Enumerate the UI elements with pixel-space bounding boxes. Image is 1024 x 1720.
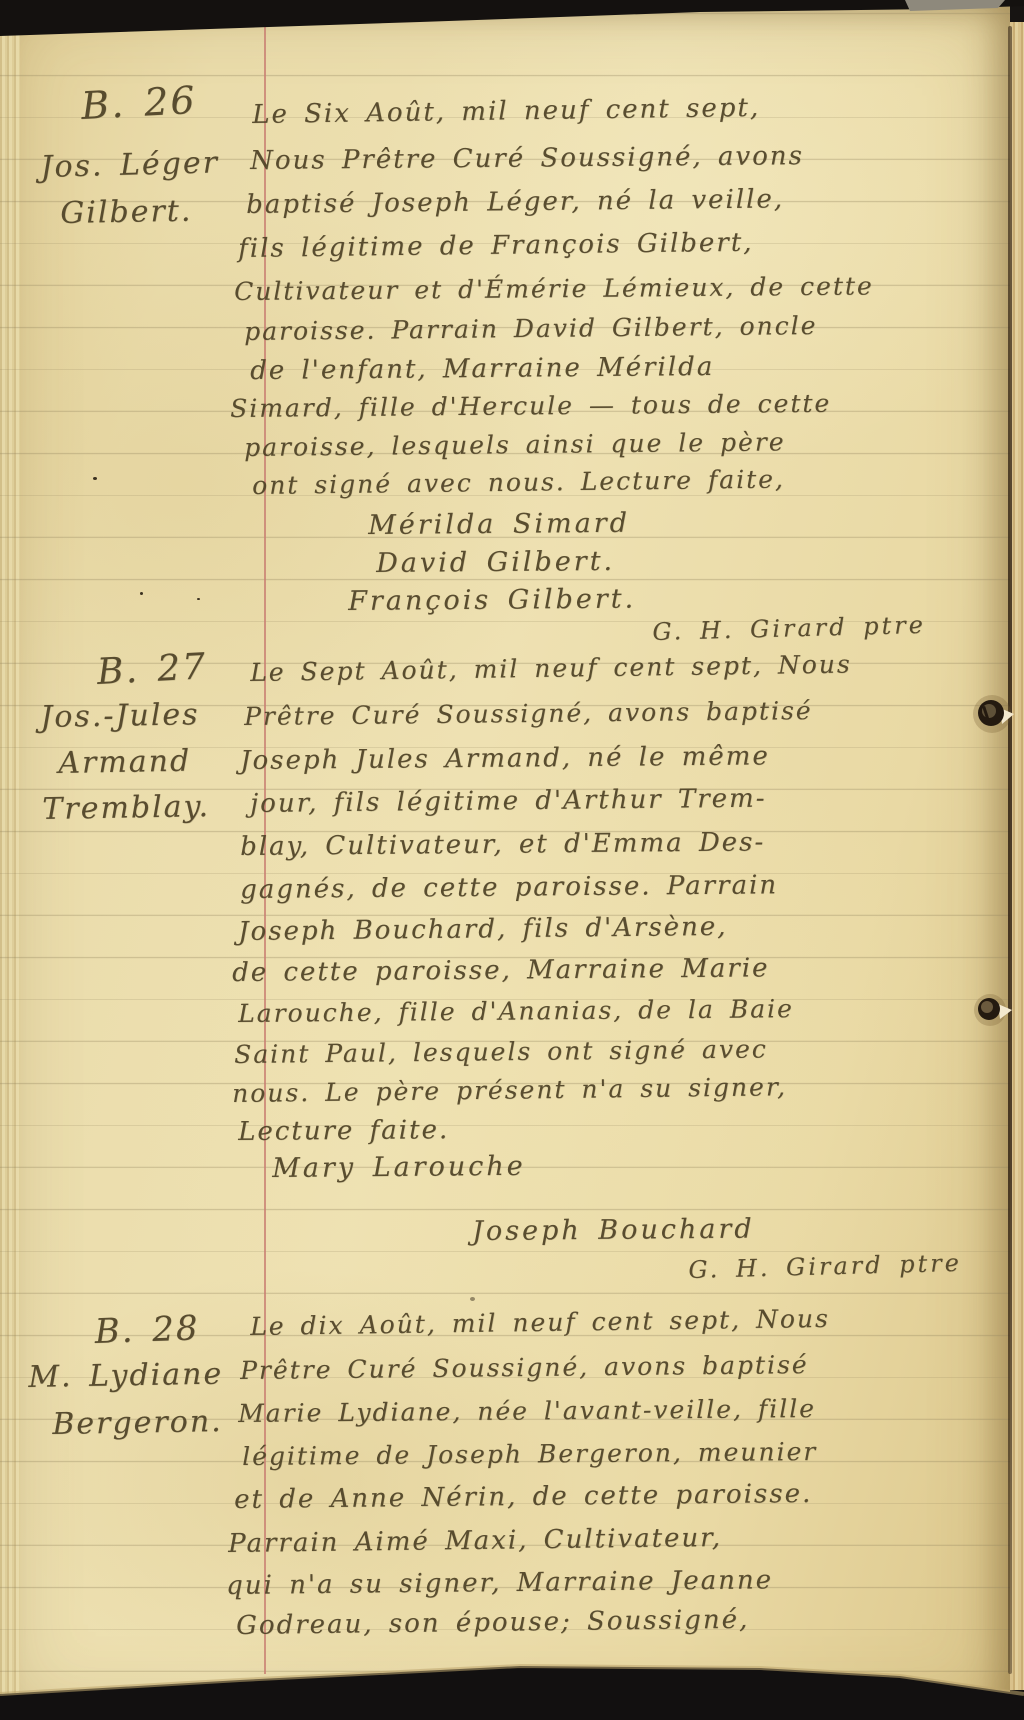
body-text-line: de l'enfant, Marraine Mérilda <box>250 352 714 386</box>
ink-speck <box>470 1297 475 1301</box>
body-text-line: Marie Lydiane, née l'avant-veille, fille <box>238 1394 816 1428</box>
body-text-line: Godreau, son épouse; Soussigné, <box>236 1605 749 1641</box>
signature-line: Joseph Bouchard <box>472 1214 755 1247</box>
body-text-line: Cultivateur et d'Émérie Lémieux, de cett… <box>234 271 874 306</box>
margin-label-line: Bergeron. <box>52 1404 223 1442</box>
body-text-line: Prêtre Curé Soussigné, avons baptisé <box>244 696 813 731</box>
signature-line: François Gilbert. <box>348 583 636 617</box>
margin-label-line: Tremblay. <box>42 789 210 827</box>
body-text-line: de cette paroisse, Marraine Marie <box>232 953 770 988</box>
body-text-line: Parrain Aimé Maxi, Cultivateur, <box>228 1523 722 1559</box>
signature-line: Mary Larouche <box>272 1151 526 1184</box>
margin-label-line: Jos.-Jules <box>40 697 200 735</box>
body-text-line: blay, Cultivateur, et d'Emma Des- <box>240 827 765 862</box>
scan-edge-bottom <box>0 1640 1024 1720</box>
ink-speck <box>197 598 200 600</box>
scanned-register-page: B. 26Jos. LégerGilbert.Le Six Août, mil … <box>0 0 1024 1720</box>
body-text-line: paroisse. Parrain David Gilbert, oncle <box>244 311 818 346</box>
ink-speck <box>93 477 97 480</box>
body-text-line: Joseph Bouchard, fils d'Arsène, <box>238 912 728 947</box>
body-text-line: fils légitime de François Gilbert, <box>238 228 754 264</box>
adjacent-page-edge <box>1010 22 1024 1690</box>
body-text-line: qui n'a su signer, Marraine Jeanne <box>226 1565 773 1601</box>
body-text-line: Larouche, fille d'Ananias, de la Baie <box>238 994 794 1028</box>
page: B. 26Jos. LégerGilbert.Le Six Août, mil … <box>0 0 1010 1720</box>
body-text-line: Lecture faite. <box>238 1115 449 1147</box>
body-text-line: légitime de Joseph Bergeron, meunier <box>242 1437 817 1471</box>
margin-label-line: B. 26 <box>80 78 198 128</box>
body-text-line: Saint Paul, lesquels ont signé avec <box>234 1034 768 1069</box>
binding-gutter-shadow <box>1008 26 1012 1674</box>
body-text-line: baptisé Joseph Léger, né la veille, <box>246 184 784 220</box>
binding-fastener-top <box>962 690 1018 736</box>
body-text-line: paroisse, lesquels ainsi que le père <box>244 427 786 462</box>
body-text-line: Joseph Jules Armand, né le même <box>240 741 770 776</box>
body-text-line: gagnés, de cette paroisse. Parrain <box>240 870 778 905</box>
scan-edge-top <box>0 0 1024 40</box>
margin-label-line: M. Lydiane <box>28 1357 223 1395</box>
margin-label-line: Gilbert. <box>60 194 193 231</box>
ink-speck <box>140 592 143 595</box>
margin-label-line: Jos. Léger <box>40 145 219 185</box>
body-text-line: Simard, fille d'Hercule — tous de cette <box>230 389 831 423</box>
signature-line: Mérilda Simard <box>368 508 630 541</box>
body-text-line: et de Anne Nérin, de cette paroisse. <box>234 1479 812 1515</box>
body-text-line: Nous Prêtre Curé Soussigné, avons <box>250 141 804 176</box>
body-text-line: jour, fils légitime d'Arthur Trem- <box>250 784 767 819</box>
margin-label-line: B. 27 <box>96 646 208 693</box>
body-text-line: Prêtre Curé Soussigné, avons baptisé <box>240 1350 809 1385</box>
binding-fastener-bottom <box>962 986 1018 1032</box>
margin-label-line: Armand <box>58 744 191 781</box>
margin-label-line: B. 28 <box>94 1308 200 1352</box>
signature-line: David Gilbert. <box>376 546 615 579</box>
